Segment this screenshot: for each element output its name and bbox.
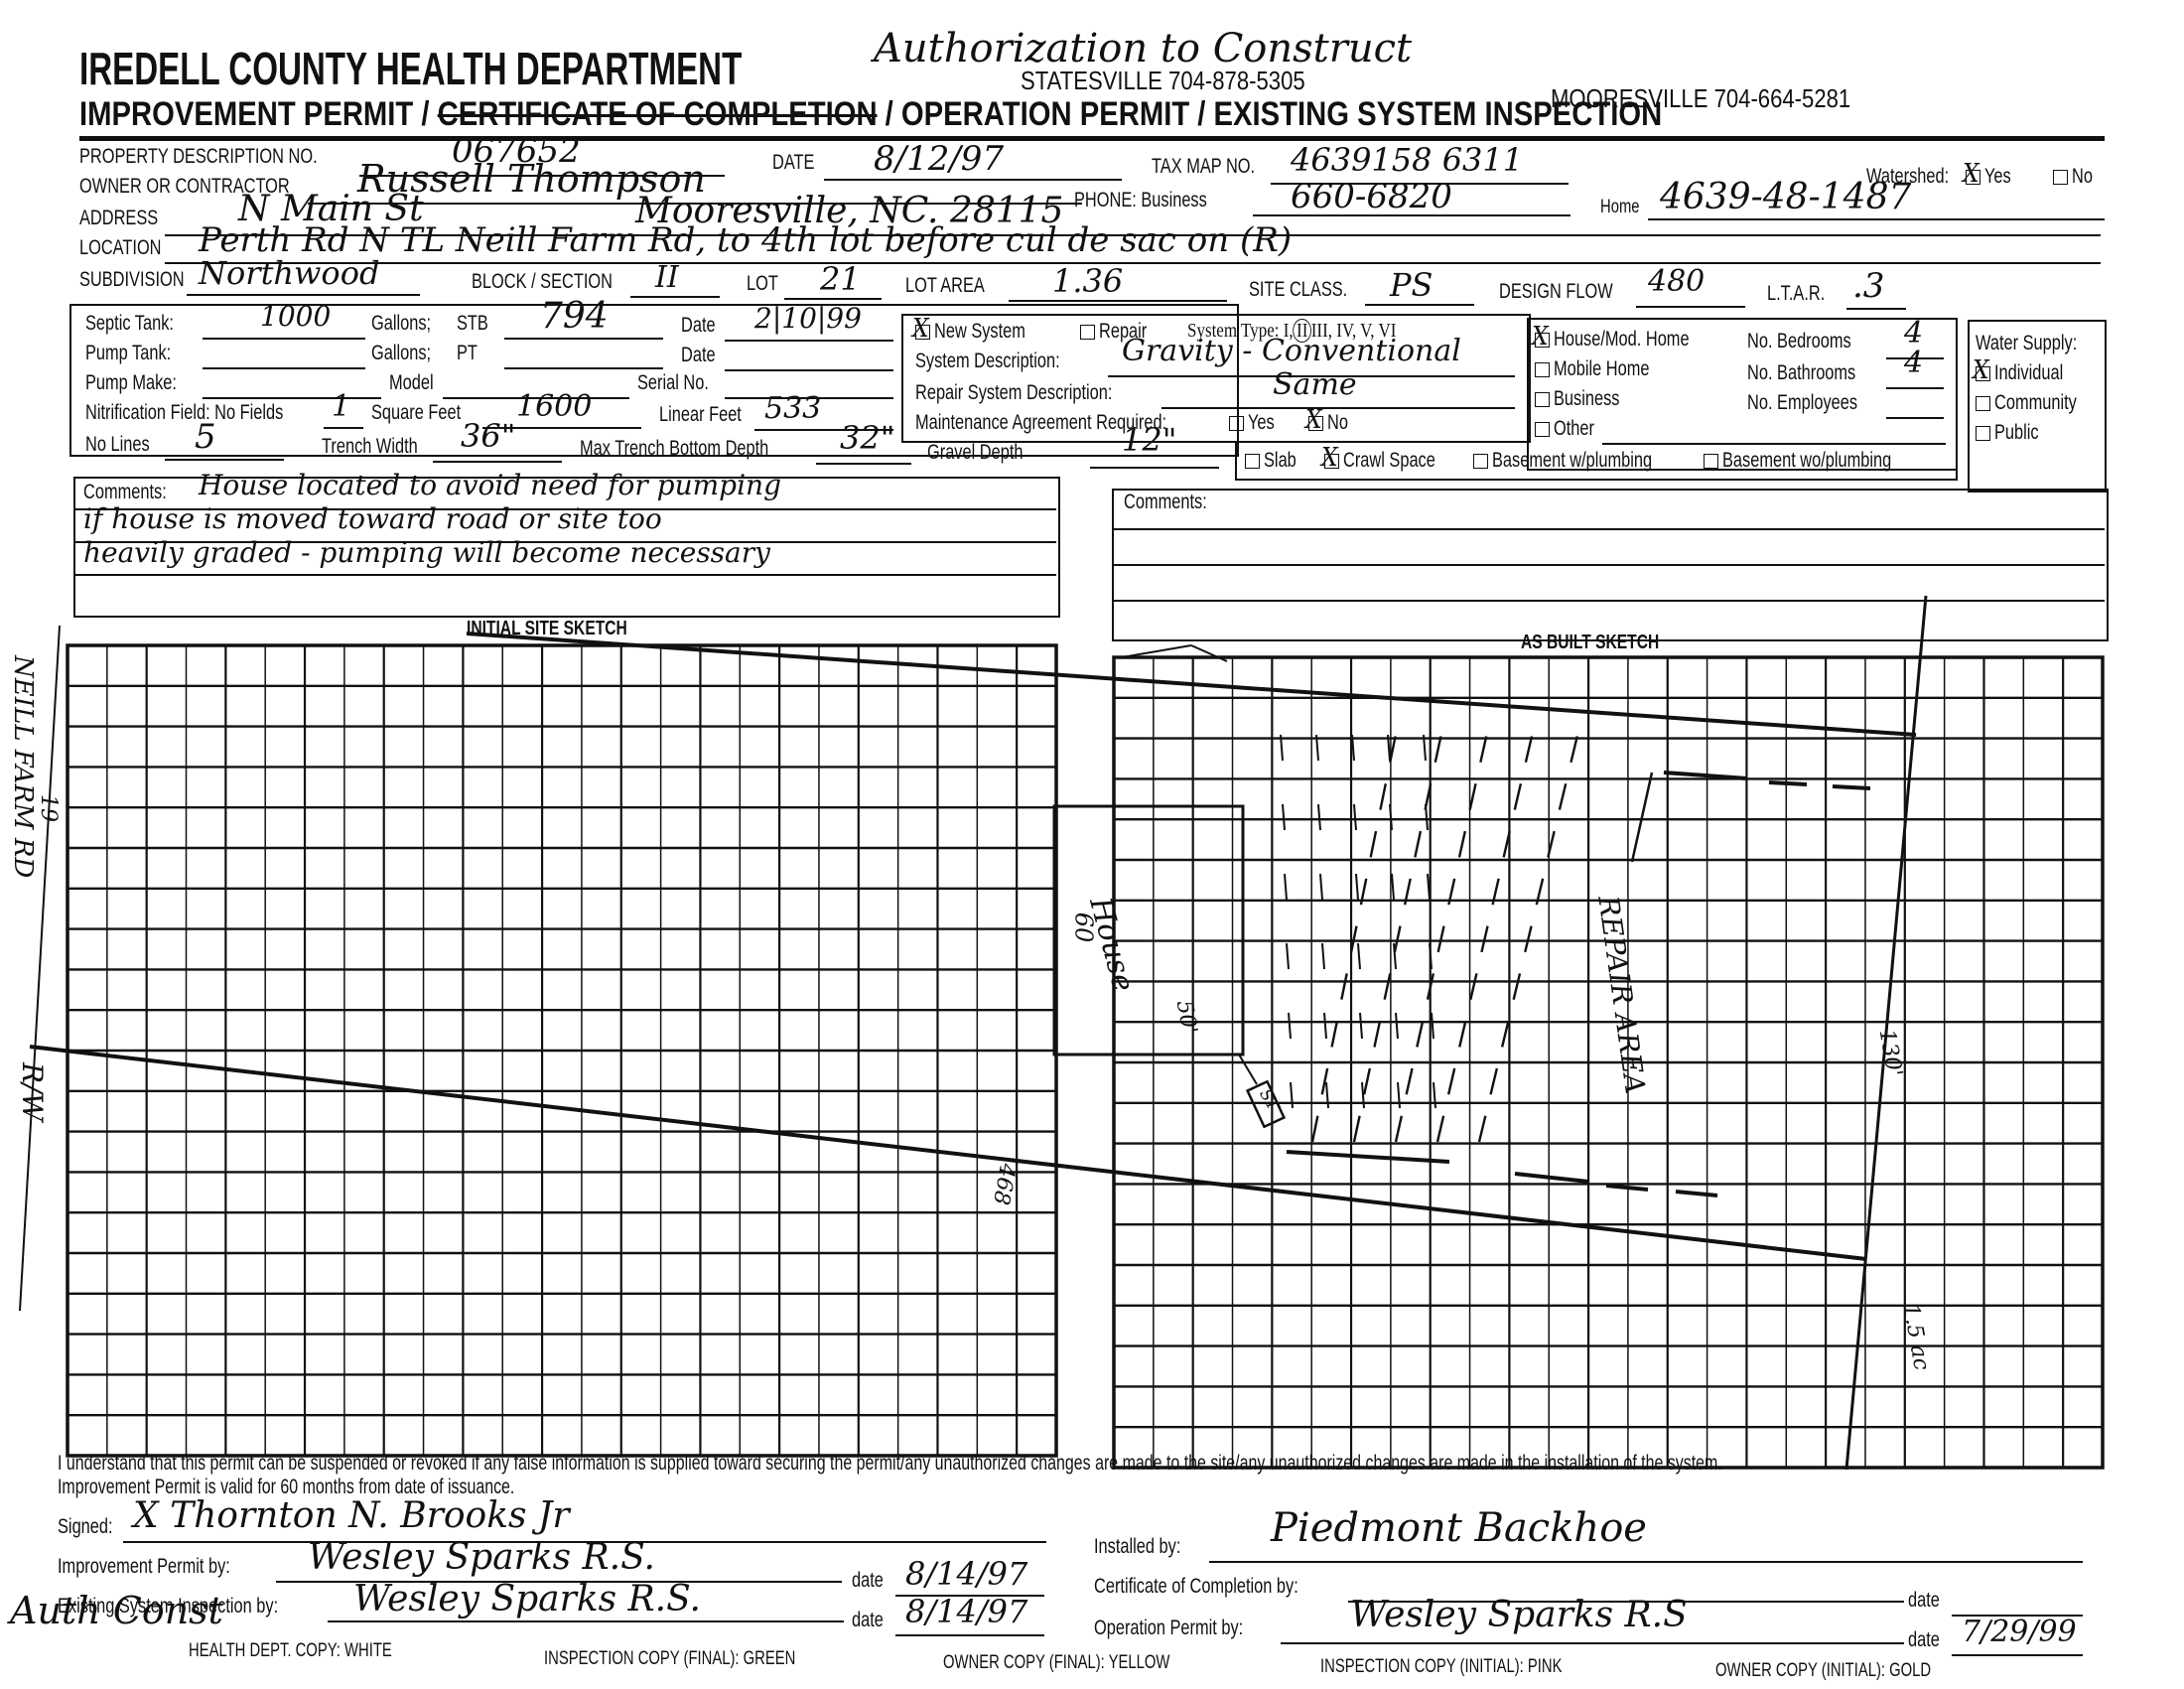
road-label: NEILL FARM RD: [8, 655, 38, 878]
improvement-date-label: date: [852, 1569, 892, 1593]
right-of-way-label: R/W: [16, 1062, 49, 1121]
existing-date-label: date: [852, 1609, 892, 1632]
certificate-label: Certificate of Completion by:: [1094, 1575, 1356, 1599]
operation-date-label: date: [1908, 1628, 1949, 1652]
existing-underline: [328, 1620, 844, 1622]
installed-by-value[interactable]: Piedmont Backhoe: [1271, 1505, 1647, 1551]
existing-inspection-signature[interactable]: Wesley Sparks R.S.: [353, 1579, 701, 1619]
disclaimer-text: I understand that this permit can be sus…: [58, 1452, 2184, 1476]
signed-label: Signed:: [58, 1515, 128, 1539]
copy-label: HEALTH DEPT. COPY: WHITE: [189, 1640, 450, 1662]
operation-date-value[interactable]: 7/29/99: [1962, 1615, 2077, 1649]
installed-underline: [1209, 1561, 2083, 1563]
operation-underline: [1281, 1642, 1904, 1644]
copy-label: OWNER COPY (FINAL): YELLOW: [943, 1652, 1234, 1674]
copy-label: INSPECTION COPY (INITIAL): PINK: [1320, 1656, 1630, 1678]
certificate-date-label: date: [1908, 1589, 1949, 1613]
operation-permit-label: Operation Permit by:: [1094, 1617, 1286, 1640]
existing-date-underline: [895, 1634, 1044, 1636]
copy-label: INSPECTION COPY (FINAL): GREEN: [544, 1648, 867, 1670]
existing-inspection-label: Existing System Inspection by:: [58, 1595, 341, 1619]
existing-date-value[interactable]: 8/14/97: [905, 1593, 1027, 1630]
signature-owner[interactable]: X Thornton N. Brooks Jr: [133, 1495, 570, 1536]
improvement-permit-signature[interactable]: Wesley Sparks R.S.: [308, 1537, 655, 1578]
improvement-date-value[interactable]: 8/14/97: [905, 1555, 1027, 1593]
initial-site-sketch-grid[interactable]: [0, 0, 2184, 1689]
installed-by-label: Installed by:: [1094, 1535, 1205, 1559]
operation-date-underline: [1952, 1654, 2083, 1656]
copy-label: OWNER COPY (INITIAL): GOLD: [1715, 1660, 1991, 1682]
initial-note-19: 19: [36, 794, 61, 822]
operation-permit-signature[interactable]: Wesley Sparks R.S: [1350, 1595, 1688, 1635]
improvement-permit-label: Improvement Permit by:: [58, 1555, 279, 1579]
